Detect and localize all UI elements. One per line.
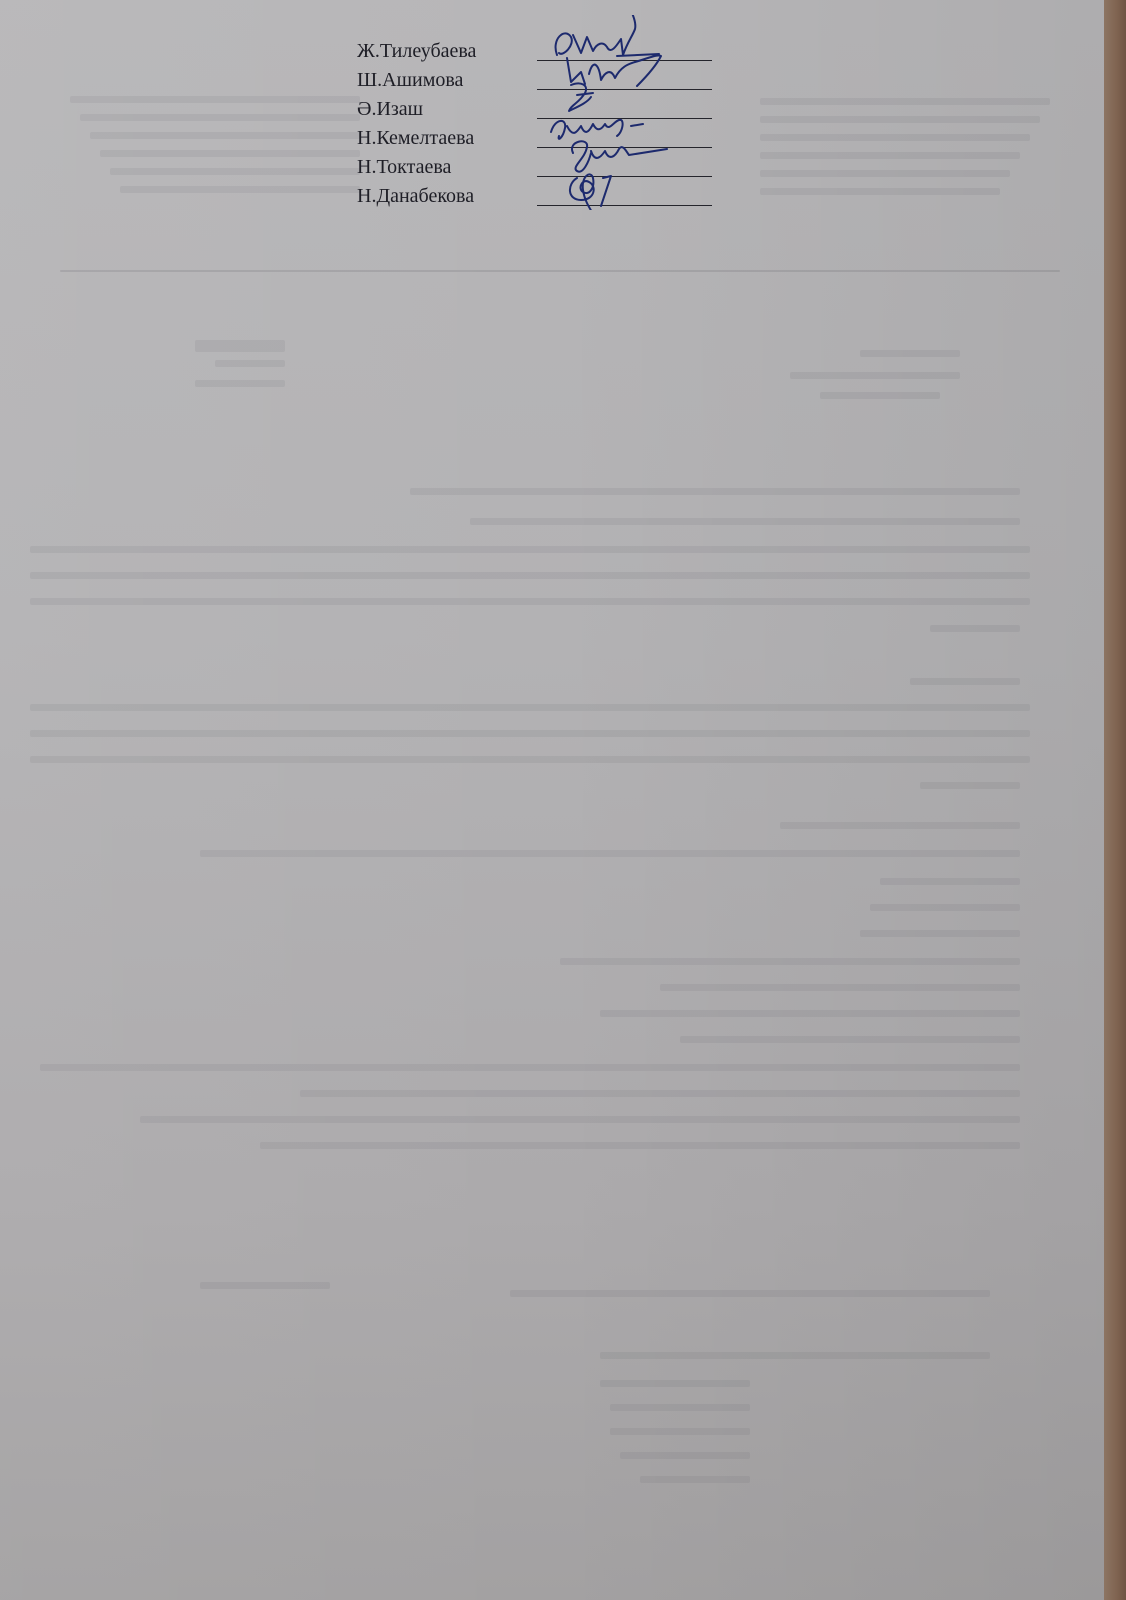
bleed-through-text [120, 186, 360, 193]
bleed-through-text [920, 782, 1020, 789]
bleed-through-text [880, 878, 1020, 885]
signature-line [537, 89, 712, 90]
signature-line [537, 176, 712, 177]
bleed-through-text [110, 168, 360, 175]
bleed-through-text [30, 546, 1030, 553]
signature-row: Н.Данабекова [357, 179, 757, 208]
bleed-through-text [820, 392, 940, 399]
bleed-through-text [760, 134, 1030, 141]
bleed-through-text [860, 350, 960, 357]
signature-row: Н.Токтаева [357, 150, 757, 179]
handwritten-signature [537, 102, 737, 152]
bleed-through-text [790, 372, 960, 379]
bleed-through-text [195, 340, 285, 352]
bleed-through-text [200, 1282, 330, 1289]
bleed-through-text [215, 360, 285, 367]
bleed-through-text [195, 380, 285, 387]
bleed-through-text [260, 1142, 1020, 1149]
handwritten-signature [537, 131, 737, 181]
handwritten-signature [537, 160, 737, 210]
bleed-through-text [200, 850, 1020, 857]
signature-line [537, 60, 712, 61]
signature-row: Ж.Тилеубаева [357, 34, 757, 63]
signature-line [537, 118, 712, 119]
handwritten-signature [537, 15, 737, 65]
bleed-through-text [600, 1380, 750, 1387]
signature-line [537, 205, 712, 206]
bleed-through-text [610, 1404, 750, 1411]
bleed-through-text [100, 150, 360, 157]
bleed-through-text [470, 518, 1020, 525]
bleed-through-text [560, 958, 1020, 965]
bleed-through-text [510, 1290, 990, 1297]
bleed-through-text [760, 170, 1010, 177]
bleed-through-text [30, 730, 1030, 737]
bleed-through-text [600, 1010, 1020, 1017]
signatory-name: Ш.Ашимова [357, 68, 537, 92]
bleed-through-text [760, 188, 1000, 195]
signature-line [537, 147, 712, 148]
bleed-through-text [40, 1064, 1020, 1071]
bleed-through-text [760, 98, 1050, 105]
bleed-through-text [30, 572, 1030, 579]
bleed-through-text [30, 756, 1030, 763]
paper-sheet: Ж.Тилеубаева Ш.Ашимова Ә.Изаш Н.Кемелтае… [0, 0, 1104, 1600]
bleed-through-text [640, 1476, 750, 1483]
bleed-through-text [90, 132, 360, 139]
signature-list: Ж.Тилеубаева Ш.Ашимова Ә.Изаш Н.Кемелтае… [357, 34, 757, 208]
bleed-through-text [620, 1452, 750, 1459]
bleed-through-text [660, 984, 1020, 991]
bleed-through-text [680, 1036, 1020, 1043]
signatory-name: Ж.Тилеубаева [357, 39, 537, 63]
bleed-through-text [600, 1352, 990, 1359]
handwritten-signature [537, 73, 737, 123]
bleed-through-text [760, 116, 1040, 123]
bleed-through-text [860, 930, 1020, 937]
bleed-through-rule [60, 270, 1060, 272]
bleed-through-text [760, 152, 1020, 159]
signature-row: Н.Кемелтаева [357, 121, 757, 150]
table-surface-edge [1104, 0, 1126, 1600]
signature-row: Ш.Ашимова [357, 63, 757, 92]
bleed-through-text [30, 598, 1030, 605]
bleed-through-text [70, 96, 360, 103]
signature-row: Ә.Изаш [357, 92, 757, 121]
bleed-through-text [870, 904, 1020, 911]
bleed-through-text [410, 488, 1020, 495]
bleed-through-text [610, 1428, 750, 1435]
bleed-through-text [30, 704, 1030, 711]
bleed-through-text [780, 822, 1020, 829]
signatory-name: Ә.Изаш [357, 97, 537, 121]
handwritten-signature [537, 44, 737, 94]
bleed-through-text [910, 678, 1020, 685]
bleed-through-text [300, 1090, 1020, 1097]
bleed-through-text [930, 625, 1020, 632]
signatory-name: Н.Кемелтаева [357, 126, 537, 150]
bleed-through-text [140, 1116, 1020, 1123]
bleed-through-text [80, 114, 360, 121]
signatory-name: Н.Токтаева [357, 155, 537, 179]
signatory-name: Н.Данабекова [357, 184, 537, 208]
